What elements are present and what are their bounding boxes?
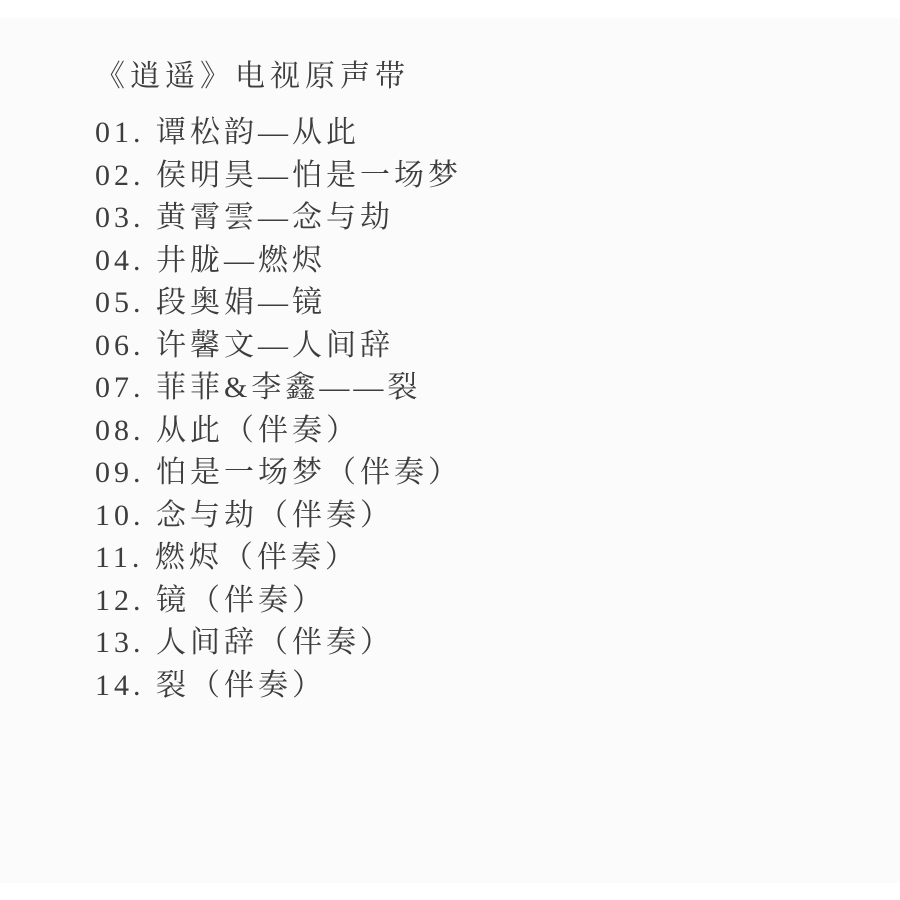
track-list-item: 08. 从此（伴奏） bbox=[95, 410, 860, 453]
track-list-item: 09. 怕是一场梦（伴奏） bbox=[95, 452, 860, 495]
track-list-item: 02. 侯明昊—怕是一场梦 bbox=[95, 155, 860, 198]
track-list-item: 06. 许馨文—人间辞 bbox=[95, 325, 860, 368]
track-list-item: 13. 人间辞（伴奏） bbox=[95, 622, 860, 665]
track-list: 01. 谭松韵—从此 02. 侯明昊—怕是一场梦 03. 黄霄雲—念与劫 04.… bbox=[95, 112, 860, 707]
track-list-item: 04. 井胧—燃烬 bbox=[95, 240, 860, 283]
track-list-item: 10. 念与劫（伴奏） bbox=[95, 495, 860, 538]
track-list-item: 14. 裂（伴奏） bbox=[95, 665, 860, 708]
track-list-item: 07. 菲菲&李鑫——裂 bbox=[95, 367, 860, 410]
track-list-item: 12. 镜（伴奏） bbox=[95, 580, 860, 623]
document-page: 《逍遥》电视原声带 01. 谭松韵—从此 02. 侯明昊—怕是一场梦 03. 黄… bbox=[0, 18, 900, 883]
track-list-item: 03. 黄霄雲—念与劫 bbox=[95, 197, 860, 240]
track-list-item: 05. 段奥娟—镜 bbox=[95, 282, 860, 325]
track-list-item: 01. 谭松韵—从此 bbox=[95, 112, 860, 155]
album-title: 《逍遥》电视原声带 bbox=[95, 60, 860, 94]
tracklist-block: 《逍遥》电视原声带 01. 谭松韵—从此 02. 侯明昊—怕是一场梦 03. 黄… bbox=[0, 18, 900, 707]
track-list-item: 11. 燃烬（伴奏） bbox=[95, 537, 860, 580]
